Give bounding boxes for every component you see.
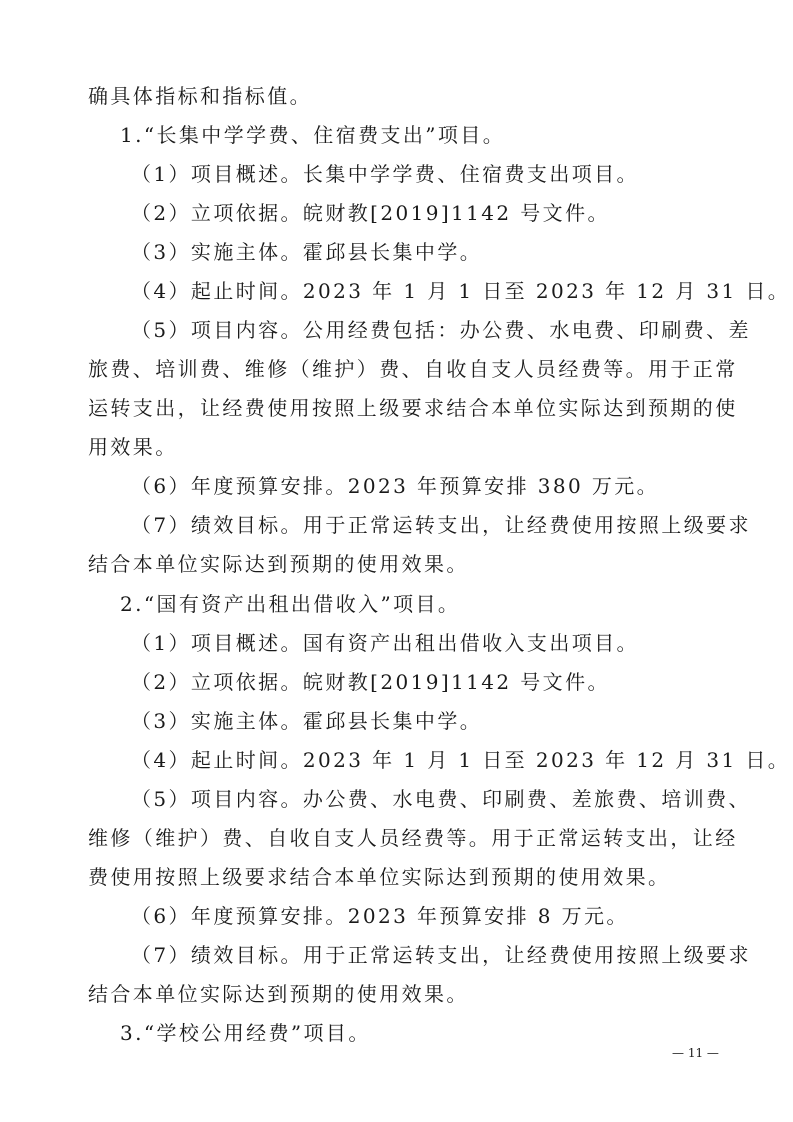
paragraph-line: （1）项目概述。国有资产出租出借收入支出项目。 [131,631,639,655]
page-number: — 11 — [672,1046,719,1060]
section-heading-1: 1.“长集中学学费、住宿费支出”项目。 [120,123,505,147]
paragraph-line: 结合本单位实际达到预期的使用效果。 [88,982,469,1006]
paragraph-line: （4）起止时间。2023 年 1 月 1 日至 2023 年 12 月 31 日… [131,279,790,303]
paragraph-line: （4）起止时间。2023 年 1 月 1 日至 2023 年 12 月 31 日… [131,748,790,772]
paragraph-line: 用效果。 [88,435,178,459]
paragraph-line: 运转支出，让经费使用按照上级要求结合本单位实际达到预期的使 [88,396,738,420]
paragraph-line: （3）实施主体。霍邱县长集中学。 [131,709,482,733]
paragraph-line: （6）年度预算安排。2023 年预算安排 8 万元。 [131,904,629,928]
paragraph-line: 确具体指标和指标值。 [88,84,312,108]
section-heading-2: 2.“国有资产出租出借收入”项目。 [120,592,460,616]
paragraph-line: （5）项目内容。公用经费包括：办公费、水电费、印刷费、差 [131,318,751,342]
paragraph-line: 结合本单位实际达到预期的使用效果。 [88,552,469,576]
paragraph-line: （5）项目内容。办公费、水电费、印刷费、差旅费、培训费、 [131,787,751,811]
paragraph-line: （7）绩效目标。用于正常运转支出，让经费使用按照上级要求 [131,513,751,537]
paragraph-line: （6）年度预算安排。2023 年预算安排 380 万元。 [131,474,659,498]
paragraph-line: （3）实施主体。霍邱县长集中学。 [131,240,482,264]
paragraph-line: 费使用按照上级要求结合本单位实际达到预期的使用效果。 [88,865,670,889]
paragraph-line: （2）立项依据。皖财教[2019]1142 号文件。 [131,201,610,225]
paragraph-line: 旅费、培训费、维修（维护）费、自收自支人员经费等。用于正常 [88,357,738,381]
document-page: 确具体指标和指标值。 1.“长集中学学费、住宿费支出”项目。 （1）项目概述。长… [0,0,793,1122]
paragraph-line: （2）立项依据。皖财教[2019]1142 号文件。 [131,670,610,694]
paragraph-line: （1）项目概述。长集中学学费、住宿费支出项目。 [131,162,639,186]
section-heading-3: 3.“学校公用经费”项目。 [120,1021,371,1045]
paragraph-line: （7）绩效目标。用于正常运转支出，让经费使用按照上级要求 [131,943,751,967]
paragraph-line: 维修（维护）费、自收自支人员经费等。用于正常运转支出，让经 [88,826,738,850]
